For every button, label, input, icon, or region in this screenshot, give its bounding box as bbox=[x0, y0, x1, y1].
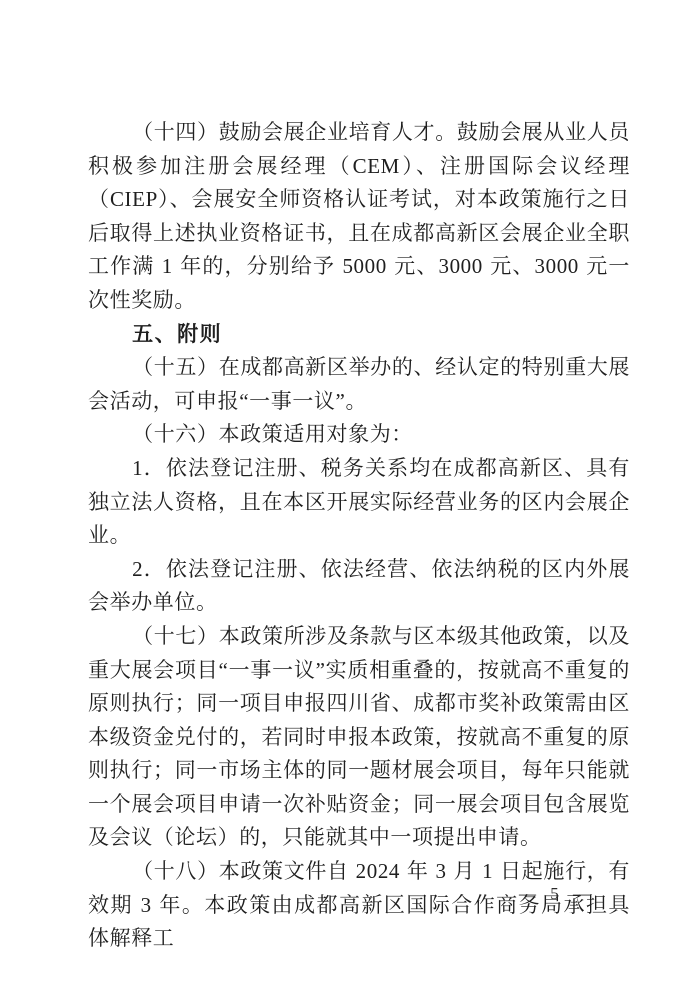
paragraph-clause-18: （十八）本政策文件自 2024 年 3 月 1 日起施行，有效期 3 年。本政策… bbox=[88, 855, 630, 956]
paragraph-clause-17: （十七）本政策所涉及条款与区本级其他政策，以及重大展会项目“一事一议”实质相重叠… bbox=[88, 620, 630, 855]
document-page: （十四）鼓励会展企业培育人才。鼓励会展从业人员积极参加注册会展经理（CEM）、注… bbox=[0, 0, 700, 990]
paragraph-clause-14: （十四）鼓励会展企业培育人才。鼓励会展从业人员积极参加注册会展经理（CEM）、注… bbox=[88, 116, 630, 318]
section-heading-part-5: 五、附则 bbox=[88, 318, 630, 352]
list-item-1: 1．依法登记注册、税务关系均在成都高新区、具有独立法人资格，且在本区开展实际经营… bbox=[88, 452, 630, 553]
document-body: （十四）鼓励会展企业培育人才。鼓励会展从业人员积极参加注册会展经理（CEM）、注… bbox=[88, 116, 630, 956]
page-number: — 5 — bbox=[512, 884, 602, 904]
paragraph-clause-16: （十六）本政策适用对象为： bbox=[88, 418, 630, 452]
paragraph-clause-15: （十五）在成都高新区举办的、经认定的特别重大展会活动，可申报“一事一议”。 bbox=[88, 351, 630, 418]
list-item-2: 2．依法登记注册、依法经营、依法纳税的区内外展会举办单位。 bbox=[88, 553, 630, 620]
